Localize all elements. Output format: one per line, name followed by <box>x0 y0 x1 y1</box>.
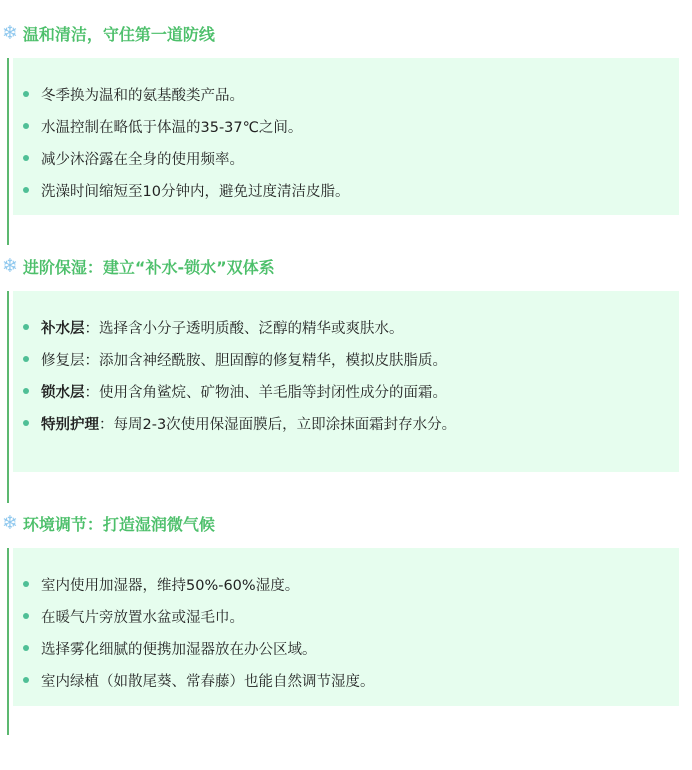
bullet-list: 室内使用加湿器，维持50%-60%湿度。 在暖气片旁放置水盆或湿毛巾。 选择雾化… <box>23 568 375 696</box>
section-heading: ❄ 进阶保湿：建立“补水-锁水”双体系 <box>2 254 275 278</box>
snowflake-icon: ❄ <box>2 514 18 533</box>
list-item: 修复层：添加含神经酰胺、胆固醇的修复精华，模拟皮肤脂质。 <box>23 343 456 375</box>
left-rail <box>7 58 9 245</box>
bullet-icon <box>23 645 29 651</box>
section-title: 环境调节：打造湿润微气候 <box>23 512 215 535</box>
section-heading: ❄ 温和清洁，守住第一道防线 <box>2 21 215 45</box>
bullet-icon <box>23 91 29 97</box>
snowflake-icon: ❄ <box>2 24 18 43</box>
list-item: 锁水层：使用含角鲨烷、矿物油、羊毛脂等封闭性成分的面霜。 <box>23 375 456 407</box>
bullet-icon <box>23 187 29 193</box>
section-title: 进阶保湿：建立“补水-锁水”双体系 <box>23 255 275 278</box>
bullet-icon <box>23 356 29 362</box>
bullet-icon <box>23 677 29 683</box>
bullet-list: 冬季换为温和的氨基酸类产品。 水温控制在略低于体温的35-37℃之间。 减少沐浴… <box>23 78 349 206</box>
section-heading: ❄ 环境调节：打造湿润微气候 <box>2 511 215 535</box>
section-title: 温和清洁，守住第一道防线 <box>23 22 215 45</box>
left-rail <box>7 291 9 503</box>
list-item: 水温控制在略低于体温的35-37℃之间。 <box>23 110 349 142</box>
bullet-icon <box>23 388 29 394</box>
bullet-list: 补水层：选择含小分子透明质酸、泛醇的精华或爽肤水。 修复层：添加含神经酰胺、胆固… <box>23 311 456 439</box>
bullet-icon <box>23 581 29 587</box>
snowflake-icon: ❄ <box>2 257 18 276</box>
bullet-icon <box>23 123 29 129</box>
list-item: 选择雾化细腻的便携加湿器放在办公区域。 <box>23 632 375 664</box>
list-item: 减少沐浴露在全身的使用频率。 <box>23 142 349 174</box>
bullet-icon <box>23 155 29 161</box>
left-rail <box>7 548 9 735</box>
content-box: 补水层：选择含小分子透明质酸、泛醇的精华或爽肤水。 修复层：添加含神经酰胺、胆固… <box>13 291 679 472</box>
list-item: 洗澡时间缩短至10分钟内，避免过度清洁皮脂。 <box>23 174 349 206</box>
list-item: 补水层：选择含小分子透明质酸、泛醇的精华或爽肤水。 <box>23 311 456 343</box>
bullet-icon <box>23 420 29 426</box>
list-item: 特别护理：每周2-3次使用保湿面膜后，立即涂抹面霜封存水分。 <box>23 407 456 439</box>
content-box: 室内使用加湿器，维持50%-60%湿度。 在暖气片旁放置水盆或湿毛巾。 选择雾化… <box>13 548 679 706</box>
list-item: 室内绿植（如散尾葵、常春藤）也能自然调节湿度。 <box>23 664 375 696</box>
content-box: 冬季换为温和的氨基酸类产品。 水温控制在略低于体温的35-37℃之间。 减少沐浴… <box>13 58 679 215</box>
bullet-icon <box>23 324 29 330</box>
list-item: 冬季换为温和的氨基酸类产品。 <box>23 78 349 110</box>
bullet-icon <box>23 613 29 619</box>
list-item: 在暖气片旁放置水盆或湿毛巾。 <box>23 600 375 632</box>
list-item: 室内使用加湿器，维持50%-60%湿度。 <box>23 568 375 600</box>
